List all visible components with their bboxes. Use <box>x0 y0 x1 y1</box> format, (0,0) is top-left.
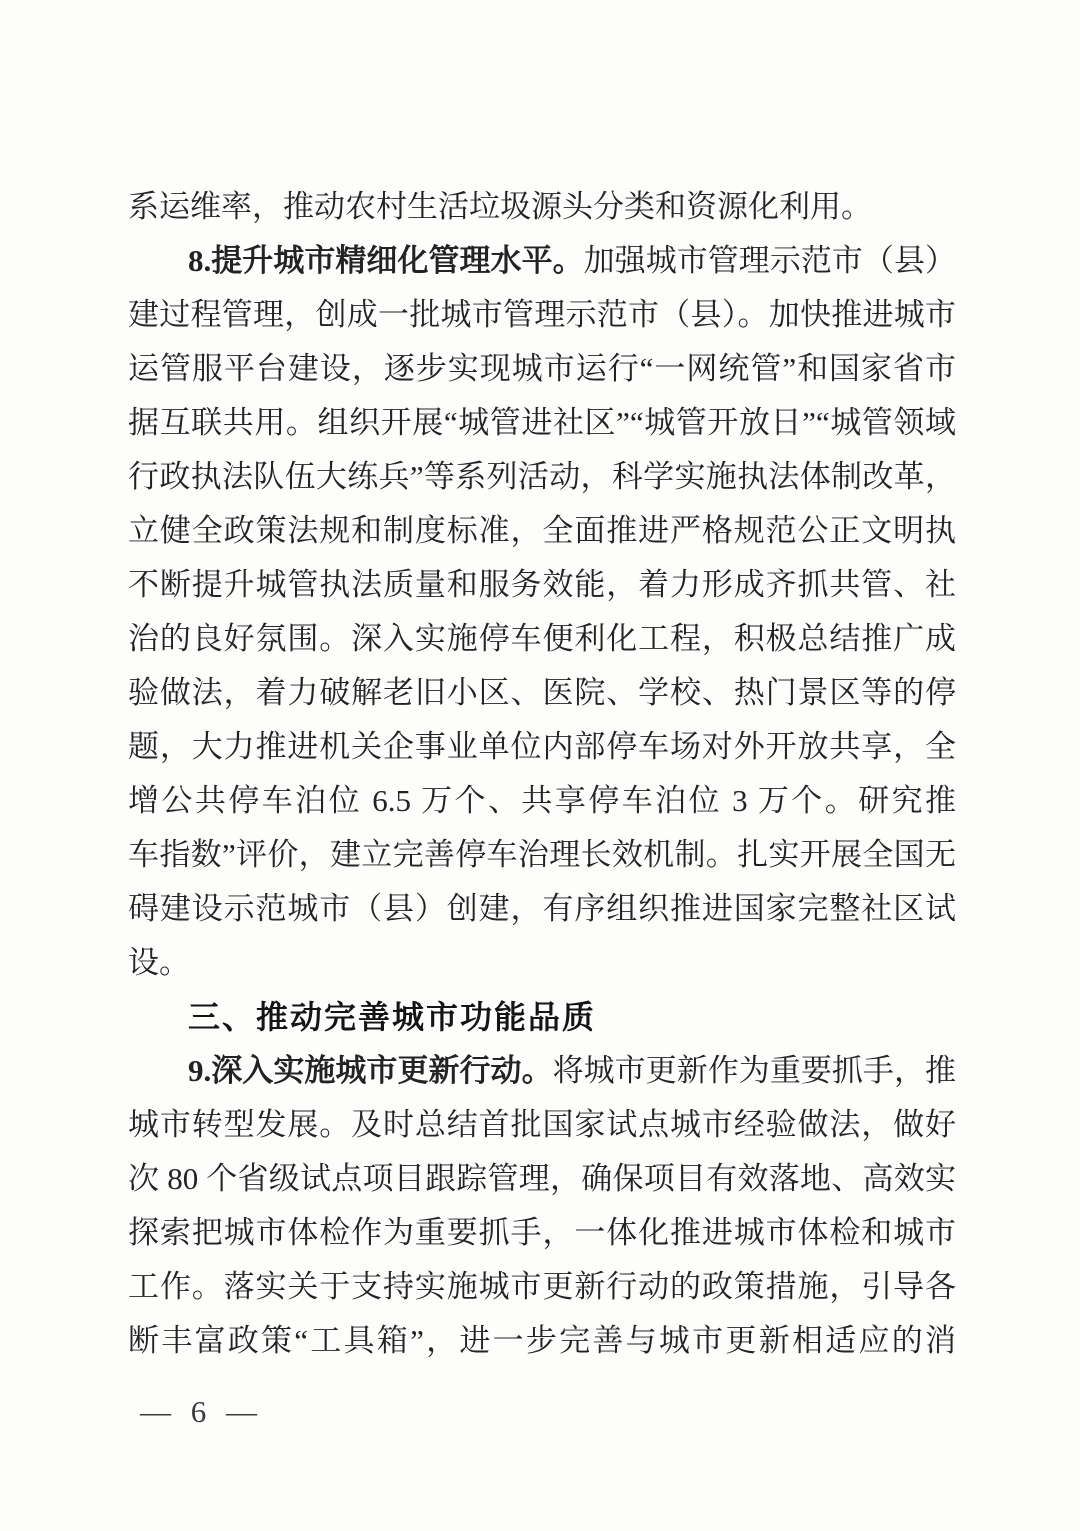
text-run: 设。 <box>128 945 190 980</box>
section-heading: 三、推动完善城市功能品质 <box>128 990 956 1044</box>
text-block: 系运维率，推动农村生活垃圾源头分类和资源化利用。8.提升城市精细化管理水平。加强… <box>128 180 956 1368</box>
text-line: 次 80 个省级试点项目跟踪管理，确保项目有效落地、高效实施。 <box>128 1152 956 1206</box>
text-line: 8.提升城市精细化管理水平。加强城市管理示范市（县）创 <box>128 234 956 288</box>
text-run: 行政执法队伍大练兵”等系列活动，科学实施执法体制改革，建 <box>128 459 956 504</box>
text-line: 探索把城市体检作为重要抓手，一体化推进城市体检和城市更新 <box>128 1206 956 1260</box>
text-line: 城市转型发展。及时总结首批国家试点城市经验做法，做好两批 <box>128 1098 956 1152</box>
text-line: 设。 <box>128 936 956 990</box>
text-run: 探索把城市体检作为重要抓手，一体化推进城市体检和城市更新 <box>128 1215 956 1260</box>
page-number: — 6 — <box>140 1385 263 1439</box>
text-run: 题，大力推进机关企事业单位内部停车场对外开放共享，全年新 <box>128 729 956 774</box>
text-run: 城市转型发展。及时总结首批国家试点城市经验做法，做好两批 <box>128 1107 956 1152</box>
bold-text-run: 三、推动完善城市功能品质 <box>188 999 596 1035</box>
text-line: 治的良好氛围。深入实施停车便利化工程，积极总结推广成功经 <box>128 612 956 666</box>
text-run: 断丰富政策“工具箱”，进一步完善与城市更新相适应的消防、 <box>128 1323 956 1368</box>
text-line: 不断提升城管执法质量和服务效能，着力形成齐抓共管、社会共 <box>128 558 956 612</box>
text-run: 立健全政策法规和制度标准，全面推进严格规范公正文明执法， <box>128 513 956 558</box>
text-line: 据互联共用。组织开展“城管进社区”“城管开放日”“城管领域 <box>128 396 956 450</box>
bold-text-run: 8.提升城市精细化管理水平。 <box>188 243 584 278</box>
text-run: 不断提升城管执法质量和服务效能，着力形成齐抓共管、社会共 <box>128 567 956 612</box>
text-line: 验做法，着力破解老旧小区、医院、学校、热门景区等的停车难 <box>128 666 956 720</box>
text-line: 碍建设示范城市（县）创建，有序组织推进国家完整社区试点建 <box>128 882 956 936</box>
text-line: 断丰富政策“工具箱”，进一步完善与城市更新相适应的消防、 <box>128 1314 956 1368</box>
document-page: 系运维率，推动农村生活垃圾源头分类和资源化利用。8.提升城市精细化管理水平。加强… <box>0 0 1080 1531</box>
text-run: 建过程管理，创成一批城市管理示范市（县）。加快推进城市管理 <box>128 297 956 342</box>
text-run: 增公共停车泊位 6.5 万个、共享停车泊位 3 万个。研究推进“停 <box>128 783 956 828</box>
bold-text-run: 9.深入实施城市更新行动。 <box>188 1053 553 1088</box>
text-run: 车指数”评价，建立完善停车治理长效机制。扎实开展全国无障 <box>128 837 956 882</box>
text-line: 建过程管理，创成一批城市管理示范市（县）。加快推进城市管理 <box>128 288 956 342</box>
text-run: 据互联共用。组织开展“城管进社区”“城管开放日”“城管领域 <box>128 405 956 440</box>
text-run: 系运维率，推动农村生活垃圾源头分类和资源化利用。 <box>128 189 872 224</box>
text-run: 工作。落实关于支持实施城市更新行动的政策措施，引导各地不 <box>128 1269 956 1314</box>
text-run: 运管服平台建设，逐步实现城市运行“一网统管”和国家省市数 <box>128 351 956 396</box>
text-line: 立健全政策法规和制度标准，全面推进严格规范公正文明执法， <box>128 504 956 558</box>
text-line: 9.深入实施城市更新行动。将城市更新作为重要抓手，推动 <box>128 1044 956 1098</box>
text-line: 增公共停车泊位 6.5 万个、共享停车泊位 3 万个。研究推进“停 <box>128 774 956 828</box>
text-run: 碍建设示范城市（县）创建，有序组织推进国家完整社区试点建 <box>128 891 956 936</box>
text-run: 次 80 个省级试点项目跟踪管理，确保项目有效落地、高效实施。 <box>128 1161 956 1206</box>
text-line: 行政执法队伍大练兵”等系列活动，科学实施执法体制改革，建 <box>128 450 956 504</box>
text-line: 工作。落实关于支持实施城市更新行动的政策措施，引导各地不 <box>128 1260 956 1314</box>
text-line: 题，大力推进机关企事业单位内部停车场对外开放共享，全年新 <box>128 720 956 774</box>
text-line: 系运维率，推动农村生活垃圾源头分类和资源化利用。 <box>128 180 956 234</box>
text-run: 治的良好氛围。深入实施停车便利化工程，积极总结推广成功经 <box>128 621 956 666</box>
text-line: 车指数”评价，建立完善停车治理长效机制。扎实开展全国无障 <box>128 828 956 882</box>
text-line: 运管服平台建设，逐步实现城市运行“一网统管”和国家省市数 <box>128 342 956 396</box>
text-run: 验做法，着力破解老旧小区、医院、学校、热门景区等的停车难 <box>128 675 956 720</box>
